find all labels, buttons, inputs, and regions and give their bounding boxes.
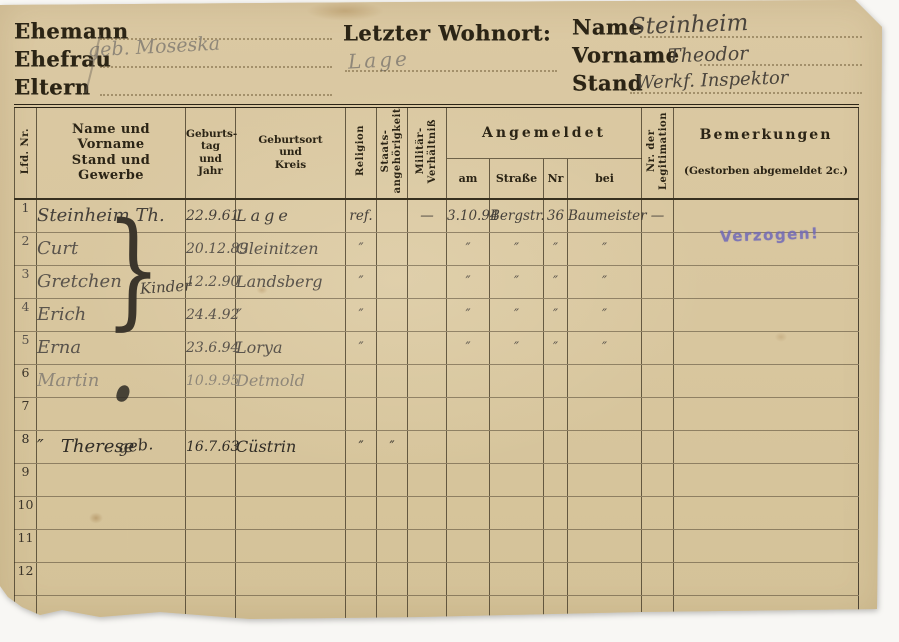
cell-angemeldet-bei: [568, 529, 642, 562]
table-row-filler: [15, 595, 859, 627]
col-header-angemeldet: Angemeldet: [447, 106, 642, 159]
cell-angemeldet-am: [447, 397, 490, 430]
cell-empty: [490, 595, 544, 627]
field-value-stand: Werkf. Inspektor: [636, 67, 789, 93]
cell-empty: [544, 595, 568, 627]
cell-angemeldet-bei: ″: [568, 265, 642, 298]
dotted-line: [640, 36, 862, 38]
col-header-religion-text: Religion: [355, 125, 367, 176]
cell-religion: [346, 562, 377, 595]
table-header: Lfd. Nr. Name und Vorname Stand und Gewe…: [15, 106, 859, 199]
cell-bemerkung: [674, 331, 859, 364]
row-number: 10: [15, 496, 37, 529]
registration-card-page: Ehemann Ehefrau Eltern geb. Moseska Letz…: [0, 0, 882, 619]
cell-bemerkung: [674, 397, 859, 430]
cell-angemeldet-nr: ″: [544, 265, 568, 298]
cell-angemeldet-nr: 36: [544, 199, 568, 233]
cell-angemeldet-nr: [544, 430, 568, 463]
table-row: 10: [15, 496, 859, 529]
cell-angemeldet-nr: [544, 529, 568, 562]
cell-legitimation: [642, 529, 674, 562]
cell-legitimation: [642, 298, 674, 331]
cell-angemeldet-bei: [568, 397, 642, 430]
row-number: 9: [15, 463, 37, 496]
cell-angemeldet-nr: [544, 562, 568, 595]
cell-staats: [377, 463, 408, 496]
cell-legitimation: [642, 430, 674, 463]
cell-angemeldet-am: 3.10.94: [447, 199, 490, 233]
dotted-line: [100, 66, 332, 68]
col-header-geburtstag: Geburts- tag und Jahr: [186, 106, 236, 199]
cell-staats: [377, 232, 408, 265]
cell-religion: ref.: [346, 199, 377, 233]
field-label-letzter-wohnort: Letzter Wohnort:: [343, 20, 551, 46]
cell-angemeldet-am: ″: [447, 265, 490, 298]
cell-birthplace: [236, 529, 346, 562]
cell-birthdate: [186, 397, 236, 430]
col-header-staatsangehoerigkeit: Staats- angehörigkeit: [377, 106, 408, 199]
cell-birthdate: 20.12.89: [186, 232, 236, 265]
table-row: 7: [15, 397, 859, 430]
cell-legitimation: [642, 463, 674, 496]
cell-bemerkung: [674, 529, 859, 562]
cell-legitimation: [642, 496, 674, 529]
dotted-line: [345, 70, 557, 72]
cell-angemeldet-bei: [568, 364, 642, 397]
cell-staats: [377, 298, 408, 331]
cell-birthdate: [186, 463, 236, 496]
col-header-staats-text: Staats- angehörigkeit: [380, 108, 404, 193]
col-header-lfd-nr: Lfd. Nr.: [15, 106, 37, 199]
cell-birthplace: [236, 397, 346, 430]
cell-birthdate: 12.2.90: [186, 265, 236, 298]
cell-bemerkung: [674, 496, 859, 529]
cell-staats: [377, 199, 408, 233]
children-brace: }: [104, 206, 162, 333]
cell-legitimation: [642, 364, 674, 397]
cell-staats: [377, 397, 408, 430]
cell-angemeldet-bei: Baumeister: [568, 199, 642, 233]
cell-birthdate: 10.9.95: [186, 364, 236, 397]
cell-angemeldet-bei: ″: [568, 331, 642, 364]
cell-militaer: [408, 364, 447, 397]
cell-empty: [37, 595, 186, 627]
cell-legitimation: [642, 265, 674, 298]
cell-empty: [408, 595, 447, 627]
cell-birthplace: Gleinitzen: [236, 232, 346, 265]
cell-angemeldet-bei: [568, 562, 642, 595]
cell-religion: [346, 463, 377, 496]
cell-militaer: [408, 562, 447, 595]
cell-birthdate: 24.4.92: [186, 298, 236, 331]
bemerkungen-title: Bemerkungen: [674, 127, 858, 144]
cell-empty: [377, 595, 408, 627]
cell-birthplace: [236, 463, 346, 496]
col-header-geburtsort: Geburtsort und Kreis: [236, 106, 346, 199]
cell-militaer: [408, 430, 447, 463]
bemerkungen-subtitle: (Gestorben abgemeldet 2c.): [674, 165, 858, 178]
cell-bemerkung: [674, 265, 859, 298]
row-number: 5: [15, 331, 37, 364]
row-number: 6: [15, 364, 37, 397]
cell-angemeldet-am: ″: [447, 331, 490, 364]
subcol-header-strasse: Straße: [490, 159, 544, 199]
col-header-name-stand: Name und Vorname Stand und Gewerbe: [37, 106, 186, 199]
cell-bemerkung: [674, 364, 859, 397]
cell-staats: [377, 496, 408, 529]
cell-militaer: [408, 463, 447, 496]
table-row: 6 Martin 10.9.95 Detmold: [15, 364, 859, 397]
cell-militaer: [408, 496, 447, 529]
cell-angemeldet-am: ″: [447, 298, 490, 331]
cell-angemeldet-am: [447, 496, 490, 529]
registry-table: Lfd. Nr. Name und Vorname Stand und Gewe…: [14, 104, 859, 627]
cell-name: ″ Therese: [37, 430, 186, 463]
cell-name: [37, 397, 186, 430]
cell-staats: [377, 529, 408, 562]
row-number: 11: [15, 529, 37, 562]
cell-angemeldet-bei: ″: [568, 298, 642, 331]
subcol-header-nr: Nr: [544, 159, 568, 199]
cell-angemeldet-am: [447, 463, 490, 496]
cell-birthdate: 23.6.94: [186, 331, 236, 364]
cell-militaer: [408, 265, 447, 298]
cell-angemeldet-nr: [544, 364, 568, 397]
subcol-header-bei: bei: [568, 159, 642, 199]
cell-angemeldet-strasse: [490, 496, 544, 529]
cell-staats: [377, 562, 408, 595]
subcol-header-am: am: [447, 159, 490, 199]
cell-staats: [377, 364, 408, 397]
cell-militaer: [408, 232, 447, 265]
cell-birthplace: [236, 562, 346, 595]
cell-name: [37, 496, 186, 529]
cell-birthdate: 22.9.61: [186, 199, 236, 233]
cell-angemeldet-bei: [568, 463, 642, 496]
row-number: 4: [15, 298, 37, 331]
row-number: 2: [15, 232, 37, 265]
cell-angemeldet-strasse: ″: [490, 265, 544, 298]
cell-religion: ″: [346, 298, 377, 331]
dotted-line: [630, 92, 862, 94]
cell-religion: ″: [346, 331, 377, 364]
cell-birthplace: Detmold: [236, 364, 346, 397]
children-label: Kinder: [139, 276, 191, 298]
cell-empty: [186, 595, 236, 627]
cell-angemeldet-strasse: [490, 364, 544, 397]
cell-name: [37, 463, 186, 496]
verzogen-stamp: Verzogen!: [720, 224, 820, 245]
cell-angemeldet-bei: [568, 430, 642, 463]
col-header-militaer-text: Militär- Verhältniß: [415, 119, 439, 183]
row-number: 3: [15, 265, 37, 298]
cell-angemeldet-strasse: [490, 397, 544, 430]
col-header-lfd-nr-text: Lfd. Nr.: [20, 128, 32, 174]
table-row: 12: [15, 562, 859, 595]
cell-legitimation: [642, 331, 674, 364]
cell-birthplace: Lage: [236, 199, 346, 233]
col-header-legitimation-text: Nr. der Legitimation: [646, 112, 670, 190]
cell-religion: [346, 364, 377, 397]
cell-name: Martin: [37, 364, 186, 397]
cell-angemeldet-strasse: ″: [490, 331, 544, 364]
cell-empty: [642, 595, 674, 627]
cell-bemerkung: [674, 298, 859, 331]
cell-militaer: [408, 529, 447, 562]
table-row: 9: [15, 463, 859, 496]
cell-militaer: [408, 331, 447, 364]
therese-subline: geb.: [117, 434, 154, 457]
cell-birthdate: [186, 496, 236, 529]
cell-religion: [346, 496, 377, 529]
field-label-vorname: Vorname: [572, 42, 679, 68]
cell-angemeldet-nr: [544, 463, 568, 496]
cell-angemeldet-am: [447, 529, 490, 562]
cell-angemeldet-nr: ″: [544, 331, 568, 364]
cell-angemeldet-nr: ″: [544, 298, 568, 331]
cell-bemerkung: [674, 463, 859, 496]
cell-angemeldet-strasse: [490, 529, 544, 562]
cell-staats: ″: [377, 430, 408, 463]
cell-angemeldet-am: [447, 430, 490, 463]
cell-birthplace: ″: [236, 298, 346, 331]
cell-birthdate: 16.7.63: [186, 430, 236, 463]
row-number: 12: [15, 562, 37, 595]
cell-empty: [236, 595, 346, 627]
col-header-bemerkungen: Bemerkungen (Gestorben abgemeldet 2c.): [674, 106, 859, 199]
cell-angemeldet-strasse: [490, 430, 544, 463]
cell-religion: [346, 397, 377, 430]
cell-religion: ″: [346, 265, 377, 298]
field-label-eltern: Eltern: [14, 74, 90, 100]
cell-birthplace: Lorya: [236, 331, 346, 364]
cell-religion: [346, 529, 377, 562]
dotted-line: [100, 94, 332, 96]
cell-militaer: [408, 397, 447, 430]
cell-legitimation: [642, 232, 674, 265]
dotted-line: [700, 64, 862, 66]
table-row: 11: [15, 529, 859, 562]
cell-birthdate: [186, 562, 236, 595]
cell-legitimation: [642, 397, 674, 430]
cell-angemeldet-strasse: ″: [490, 298, 544, 331]
row-number: 1: [15, 199, 37, 233]
col-header-legitimation: Nr. der Legitimation: [642, 106, 674, 199]
cell-empty: [447, 595, 490, 627]
cell-bemerkung: [674, 430, 859, 463]
cell-angemeldet-am: [447, 364, 490, 397]
row-number: 7: [15, 397, 37, 430]
cell-angemeldet-strasse: [490, 463, 544, 496]
cell-bemerkung: [674, 562, 859, 595]
cell-empty: [568, 595, 642, 627]
col-header-religion: Religion: [346, 106, 377, 199]
cell-empty: [15, 595, 37, 627]
cell-militaer: [408, 298, 447, 331]
cell-birthdate: [186, 529, 236, 562]
cell-religion: ″: [346, 430, 377, 463]
cell-angemeldet-strasse: Bergstr.: [490, 199, 544, 233]
cell-religion: ″: [346, 232, 377, 265]
cell-empty: [674, 595, 859, 627]
cell-angemeldet-nr: ″: [544, 232, 568, 265]
cell-birthplace: Cüstrin: [236, 430, 346, 463]
cell-legitimation: [642, 562, 674, 595]
cell-angemeldet-bei: [568, 496, 642, 529]
cell-angemeldet-nr: [544, 397, 568, 430]
cell-angemeldet-am: ″: [447, 232, 490, 265]
cell-angemeldet-nr: [544, 496, 568, 529]
cell-angemeldet-strasse: ″: [490, 232, 544, 265]
cell-staats: [377, 331, 408, 364]
col-header-militaer: Militär- Verhältniß: [408, 106, 447, 199]
row-number: 8: [15, 430, 37, 463]
cell-angemeldet-bei: ″: [568, 232, 642, 265]
cell-birthplace: [236, 496, 346, 529]
cell-name: [37, 562, 186, 595]
registration-card: Ehemann Ehefrau Eltern geb. Moseska Letz…: [0, 0, 882, 619]
cell-name: [37, 529, 186, 562]
cell-empty: [346, 595, 377, 627]
cell-angemeldet-strasse: [490, 562, 544, 595]
cell-staats: [377, 265, 408, 298]
cell-angemeldet-am: [447, 562, 490, 595]
cell-militaer: —: [408, 199, 447, 233]
cell-birthplace: Landsberg: [236, 265, 346, 298]
